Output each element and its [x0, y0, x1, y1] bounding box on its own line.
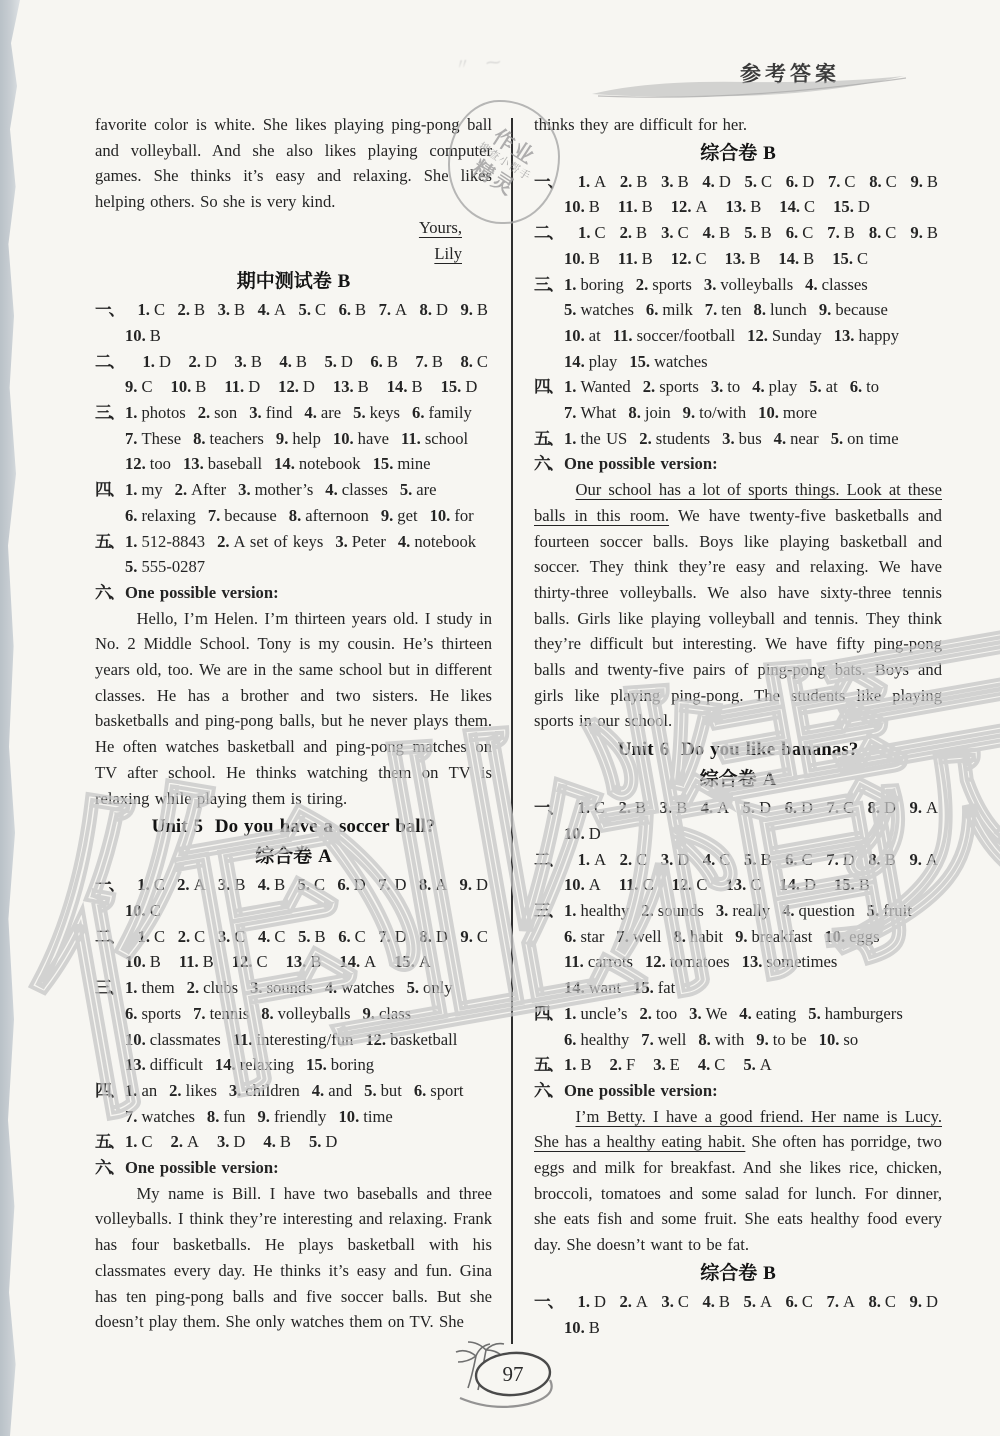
answer-item-value: 512-8843: [141, 532, 205, 551]
answer-item-number: 1.: [564, 901, 576, 920]
answer-item: 9.C: [460, 924, 488, 950]
answer-item-value: them: [141, 978, 174, 997]
answer-item: 5.A: [743, 1055, 771, 1074]
answer-item: 10.classmates: [125, 1030, 221, 1049]
answer-item-value: D: [248, 377, 260, 396]
answer-item-value: A: [194, 875, 206, 894]
answer-item: 14.relaxing: [215, 1055, 294, 1074]
answer-item-value: C: [843, 798, 854, 817]
answer-item: 14.D: [779, 875, 816, 894]
answer-item: 6.B: [370, 349, 398, 375]
answer-item-number: 7.: [616, 927, 628, 946]
answer-item-value: D: [159, 352, 171, 371]
answer-item: 4.play: [752, 377, 797, 396]
answer-line: 二、1.C2.C3.C4.C5.B6.C7.D8.D9.C: [95, 924, 492, 950]
answer-item-number: 6.: [786, 223, 798, 242]
answer-item-number: 3.: [722, 429, 734, 448]
answer-item-number: 10.: [333, 429, 354, 448]
answer-item-value: uncle’s: [580, 1004, 627, 1023]
answer-item: 15.boring: [306, 1055, 374, 1074]
answer-item-number: 8.: [460, 352, 472, 371]
answer-item-value: D: [858, 197, 870, 216]
answer-item-number: 5.: [743, 798, 755, 817]
answer-item-value: A: [364, 952, 376, 971]
answer-item-number: 9.: [909, 850, 921, 869]
answer-item-number: 5.: [744, 1292, 756, 1311]
answer-item-value: time: [363, 1107, 393, 1126]
answer-item-value: to/with: [699, 403, 746, 422]
answer-item: 3.children: [229, 1081, 300, 1100]
answer-item: 7.What: [564, 403, 616, 422]
answer-section-number: 一、: [534, 1289, 564, 1315]
answer-item-value: play: [589, 352, 618, 371]
answer-item: 14.want: [564, 978, 621, 997]
answer-item-number: 5.: [808, 1004, 820, 1023]
answer-item-value: afternoon: [305, 506, 369, 525]
answer-item-value: watches: [580, 300, 633, 319]
answer-item: 5.watches: [564, 300, 634, 319]
answer-item-value: to be: [773, 1030, 807, 1049]
answer-item-value: C: [234, 927, 245, 946]
answer-item: 2.likes: [169, 1081, 217, 1100]
answer-item-number: 11.: [618, 197, 638, 216]
answer-item: 4.C: [703, 847, 731, 873]
answer-item-value: A: [926, 798, 938, 817]
answer-item: 15.C: [832, 249, 868, 268]
answer-item-value: so: [843, 1030, 858, 1049]
answer-item-number: 2.: [198, 403, 210, 422]
answer-section-number: 四、: [95, 477, 125, 503]
answer-section-number: 六、: [95, 1155, 125, 1181]
answer-item-number: 3.: [218, 300, 230, 319]
answer-item: 6.D: [786, 169, 814, 195]
answer-item-value: watches: [341, 978, 394, 997]
answer-item-number: 6.: [564, 927, 576, 946]
answer-item-number: 1.: [125, 532, 137, 551]
answer-item-value: to: [727, 377, 740, 396]
answer-item: 8.lunch: [754, 300, 807, 319]
answer-item-number: 9.: [756, 1030, 768, 1049]
answer-item-value: C: [678, 1292, 689, 1311]
answer-item-value: These: [141, 429, 181, 448]
answer-item-number: 2.: [178, 300, 190, 319]
answer-item: 5.C: [299, 297, 327, 323]
answer-item: 3.D: [661, 847, 689, 873]
answer-item-number: 4.: [258, 300, 270, 319]
answer-item-number: 7.: [125, 1107, 137, 1126]
answer-section: 四、1.Wanted2.sports3.to4.play5.at6.to7.Wh…: [534, 374, 942, 425]
answer-item: 3.We: [689, 1004, 727, 1023]
answer-item-value: B: [761, 223, 772, 242]
possible-version-label: 六、One possible version:: [534, 1078, 942, 1104]
answer-item-value: find: [266, 403, 293, 422]
answer-item-number: 5.: [867, 901, 879, 920]
answer-item-value: C: [761, 172, 772, 191]
answer-item: 3.B: [218, 297, 246, 323]
answer-item-number: 7.: [705, 300, 717, 319]
answer-item: 4.are: [304, 403, 341, 422]
answer-item-number: 13.: [725, 875, 746, 894]
answer-item-number: 12.: [747, 326, 768, 345]
answer-item-value: A: [636, 1292, 648, 1311]
answer-item: 4.near: [774, 429, 819, 448]
answer-item-value: A: [695, 197, 707, 216]
answer-item: 1.C: [578, 220, 606, 246]
answer-item-number: 4.: [279, 352, 291, 371]
answer-item: 13.B: [333, 377, 369, 396]
answer-item-number: 12.: [671, 197, 692, 216]
answer-section-number: 四、: [534, 1001, 564, 1027]
answer-item: 1.512-8843: [125, 532, 205, 551]
answer-item: 5.555-0287: [125, 557, 205, 576]
answer-item-value: ten: [721, 300, 741, 319]
answer-item: 1.photos: [125, 403, 186, 422]
answer-item: 1.Wanted: [564, 377, 631, 396]
answer-item-value: B: [636, 172, 647, 191]
answer-item-number: 7.: [827, 223, 839, 242]
unit-heading: Unit 6 Do you like bananas?: [534, 736, 942, 764]
answer-item-number: 9.: [910, 1292, 922, 1311]
answer-item-value: only: [423, 978, 453, 997]
essay-paragraph: thinks they are difficult for her.: [534, 112, 942, 138]
answer-item: 8.afternoon: [289, 506, 369, 525]
answer-item-number: 4.: [774, 429, 786, 448]
answer-item: 5.B: [744, 847, 772, 873]
answer-item: 13.sometimes: [742, 952, 838, 971]
answer-item-number: 4.: [258, 875, 270, 894]
answer-item-number: 10.: [564, 326, 585, 345]
answer-item-number: 7.: [208, 506, 220, 525]
answer-item-number: 4.: [312, 1081, 324, 1100]
answer-item: 7.because: [208, 506, 277, 525]
answer-section: 三、1.healthy2.sounds3.really4.question5.f…: [534, 898, 942, 1001]
answer-line: 三、1.boring2.sports3.volleyballs4.classes: [534, 272, 942, 298]
answer-item-value: sport: [430, 1081, 463, 1100]
answer-item-number: 4.: [304, 403, 316, 422]
answer-item-number: 4.: [702, 172, 714, 191]
answer-item: 10.eggs: [824, 927, 879, 946]
answer-item-value: C: [477, 927, 488, 946]
answer-line: 三、1.photos2.son3.find4.are5.keys6.family: [95, 400, 492, 426]
answer-item-number: 3.: [250, 978, 262, 997]
answer-line: 一、1.D2.A3.C4.B5.A6.C7.A8.C9.D: [534, 1289, 942, 1315]
answer-item-value: B: [203, 952, 214, 971]
answer-item: 6.family: [412, 403, 472, 422]
answer-section: 五、1.B2.F3.E4.C5.A: [534, 1052, 942, 1078]
answer-item-value: have: [358, 429, 389, 448]
answer-item-value: D: [802, 172, 814, 191]
answer-item-value: D: [884, 798, 896, 817]
answer-item-number: 5.: [125, 557, 137, 576]
answer-item-value: D: [677, 850, 689, 869]
answer-item-value: C: [804, 197, 815, 216]
answer-item: 6.healthy: [564, 1030, 629, 1049]
answer-item-number: 13.: [333, 377, 354, 396]
answer-item: 10.B: [125, 952, 161, 971]
answer-item-value: B: [234, 875, 245, 894]
answer-section: 三、1.them2.clubs3.sounds4.watches5.only6.…: [95, 975, 492, 1078]
answer-section: 四、1.my2.After3.mother’s4.classes5.are6.r…: [95, 477, 492, 528]
answer-item-value: 555-0287: [141, 557, 205, 576]
answer-item-number: 3.: [704, 275, 716, 294]
answer-item: 10.B: [564, 197, 600, 216]
answer-item: 9.get: [381, 506, 418, 525]
answer-item-number: 10.: [824, 927, 845, 946]
answer-item: 7.A: [827, 1289, 855, 1315]
header-swoosh-icon: [588, 72, 918, 106]
answer-item-value: the US: [580, 429, 627, 448]
answer-item: 4.question: [782, 901, 855, 920]
answer-item-number: 3.: [660, 798, 672, 817]
answer-item: 3.sounds: [250, 978, 313, 997]
answer-item: 12.C: [232, 952, 268, 971]
answer-item: 5.D: [309, 1132, 337, 1151]
answer-item: 4.watches: [325, 978, 395, 997]
answer-item-number: 8.: [628, 403, 640, 422]
answer-item-value: D: [476, 875, 488, 894]
answer-item-value: classmates: [150, 1030, 221, 1049]
answer-item-value: B: [580, 1055, 591, 1074]
answer-item-value: watches: [654, 352, 707, 371]
answer-item-value: C: [886, 172, 897, 191]
answer-item-number: 3.: [217, 1132, 229, 1151]
answer-item-number: 11.: [564, 952, 584, 971]
answer-item-value: C: [314, 875, 325, 894]
answer-item-value: are: [321, 403, 341, 422]
answer-item-number: 3.: [238, 480, 250, 499]
answer-item: 12.A: [671, 197, 708, 216]
answer-item-value: A: [187, 1132, 199, 1151]
essay-paragraph: favorite color is white. She likes playi…: [95, 112, 492, 215]
answer-item-number: 11.: [179, 952, 199, 971]
answer-item-number: 9.: [910, 798, 922, 817]
answer-item: 8.D: [420, 297, 448, 323]
answer-item-value: B: [315, 927, 326, 946]
answer-item-value: carrots: [588, 952, 633, 971]
answer-item-number: 10.: [564, 249, 585, 268]
answer-item-number: 2.: [610, 1055, 622, 1074]
answer-item-number: 3.: [249, 403, 261, 422]
answer-item: 1.C: [578, 795, 606, 821]
answer-item: 7.These: [125, 429, 181, 448]
answer-item: 10.have: [333, 429, 389, 448]
answer-item: 3.B: [234, 349, 262, 375]
answer-item-number: 5.: [364, 1081, 376, 1100]
answer-item: 5.at: [809, 377, 837, 396]
answer-item: 14.play: [564, 352, 617, 371]
answer-item-value: B: [274, 875, 285, 894]
answer-item-number: 5.: [564, 300, 576, 319]
answer-item-value: B: [150, 326, 161, 345]
answer-item-number: 3.: [218, 875, 230, 894]
answer-item-number: 9.: [910, 223, 922, 242]
answer-item: 12.C: [672, 875, 708, 894]
answer-item-number: 9.: [735, 927, 747, 946]
answer-item: 4.B: [263, 1132, 291, 1151]
answer-item: 3.find: [249, 403, 292, 422]
answer-item-number: 15.: [394, 952, 415, 971]
answer-item-number: 4.: [325, 480, 337, 499]
answer-item-number: 4.: [698, 1055, 710, 1074]
answer-item-number: 1.: [578, 1292, 590, 1311]
answer-item: 2.sports: [636, 275, 692, 294]
answer-item: 13.B: [286, 952, 322, 971]
answer-item: 6.star: [564, 927, 604, 946]
answer-item: 14.B: [778, 249, 814, 268]
answer-item: 14.A: [339, 952, 376, 971]
answer-section: 二、1.A2.C3.D4.C5.B6.C7.D8.B9.A10.A11.C12.…: [534, 847, 942, 898]
answer-item-value: C: [355, 927, 366, 946]
answer-item-number: 15.: [834, 875, 855, 894]
answer-item-number: 5.: [744, 223, 756, 242]
answer-item-value: mine: [397, 454, 430, 473]
answer-item-value: family: [428, 403, 471, 422]
answer-item-value: C: [274, 927, 285, 946]
answer-item: 1.D: [143, 349, 171, 375]
answer-item: 7.D: [378, 924, 406, 950]
answer-line: 10.B: [95, 323, 492, 349]
answer-item-number: 1.: [125, 1081, 137, 1100]
answer-item-value: join: [645, 403, 671, 422]
answer-item-number: 10.: [564, 197, 585, 216]
answer-line: 五、1.the US2.students3.bus4.near5.on time: [534, 426, 942, 452]
answer-item-value: We: [706, 1004, 728, 1023]
answer-item: 11.soccer/football: [613, 326, 735, 345]
answer-item-number: 9.: [276, 429, 288, 448]
answer-item-value: F: [626, 1055, 635, 1074]
answer-item: 2.A: [619, 1289, 647, 1315]
answer-item-value: teachers: [210, 429, 264, 448]
answer-item-number: 7.: [826, 850, 838, 869]
answer-line: 10.C: [95, 898, 492, 924]
answer-item-number: 6.: [850, 377, 862, 396]
answer-item-number: 14.: [339, 952, 360, 971]
answer-item: 5.only: [407, 978, 453, 997]
answer-item-value: B: [844, 223, 855, 242]
answer-item-value: son: [214, 403, 237, 422]
answer-item-value: After: [191, 480, 226, 499]
answer-item: 2.After: [175, 480, 226, 499]
answer-item: 12.Sunday: [747, 326, 822, 345]
answer-item-number: 7.: [378, 927, 390, 946]
answer-item-value: B: [635, 798, 646, 817]
answer-item: 1.healthy: [564, 901, 629, 920]
answer-item-value: lunch: [770, 300, 807, 319]
answer-item-value: sports: [652, 275, 692, 294]
answer-item-number: 10.: [564, 875, 585, 894]
possible-version-label: 六、One possible version:: [95, 580, 492, 606]
answer-item-number: 2.: [636, 275, 648, 294]
answer-item-value: more: [783, 403, 817, 422]
answer-item-value: B: [411, 377, 422, 396]
answer-item-number: 2.: [169, 1081, 181, 1100]
answer-item-number: 6.: [785, 850, 797, 869]
answer-item: 5.on time: [831, 429, 899, 448]
answer-item: 9.friendly: [257, 1107, 326, 1126]
answer-item-number: 9.: [125, 377, 137, 396]
answer-item-number: 3.: [229, 1081, 241, 1100]
answer-item: 9.to/with: [683, 403, 746, 422]
answer-item-number: 7.: [415, 352, 427, 371]
answer-item-number: 5.: [298, 927, 310, 946]
answer-item-value: B: [150, 952, 161, 971]
answer-item-value: question: [799, 901, 855, 920]
answer-item-number: 10.: [564, 1318, 585, 1337]
answer-item-number: 2.: [619, 1292, 631, 1311]
answer-item-value: milk: [662, 300, 692, 319]
answer-section: 一、1.A2.B3.B4.D5.C6.D7.C8.C9.B10.B11.B12.…: [534, 169, 942, 220]
answer-item-value: D: [436, 300, 448, 319]
answer-line: 10.classmates11.interesting/fun12.basket…: [95, 1027, 492, 1053]
answer-item-number: 13.: [834, 326, 855, 345]
footer-page-badge: 97: [438, 1336, 588, 1416]
answer-item: 14.notebook: [274, 454, 361, 473]
answer-item-number: 5.: [324, 352, 336, 371]
answer-item-number: 1.: [578, 223, 590, 242]
paragraph-text: Hello, I’m Helen. I’m thirteen years old…: [95, 609, 492, 808]
answer-item: 2.clubs: [187, 978, 238, 997]
answer-item: 10.C: [125, 901, 161, 920]
answer-item-number: 5.: [309, 1132, 321, 1151]
answer-item: 6.C: [338, 924, 366, 950]
answer-item-number: 5.: [298, 875, 310, 894]
answer-item-value: C: [714, 1055, 725, 1074]
answer-item-number: 7.: [125, 429, 137, 448]
answer-item-value: at: [826, 377, 838, 396]
answer-item-number: 1.: [125, 403, 137, 422]
answer-item: 7.watches: [125, 1107, 195, 1126]
answer-item-number: 4.: [325, 978, 337, 997]
answer-item-number: 10.: [564, 824, 585, 843]
answer-item: 7.tennis: [193, 1004, 249, 1023]
answer-item-value: C: [154, 300, 165, 319]
answer-item-value: A: [717, 798, 729, 817]
answer-item-number: 15.: [629, 352, 650, 371]
answer-item-value: D: [395, 927, 407, 946]
answer-item-value: B: [859, 875, 870, 894]
answer-item: 8.habit: [673, 927, 723, 946]
answer-item-value: star: [580, 927, 604, 946]
answer-item: 11.B: [618, 197, 653, 216]
answer-item-number: 5.: [400, 480, 412, 499]
answer-item: 5.hamburgers: [808, 1004, 903, 1023]
answer-item-number: 9.: [460, 300, 472, 319]
answer-item: 7.A: [379, 297, 407, 323]
answer-item: 7.D: [378, 872, 406, 898]
answer-item-value: children: [245, 1081, 299, 1100]
answer-item-number: 6.: [564, 1030, 576, 1049]
answer-item: 3.volleyballs: [704, 275, 793, 294]
answer-item-number: 3.: [661, 172, 673, 191]
answer-line: 11.carrots12.tomatoes13.sometimes: [534, 949, 942, 975]
answer-section: 四、1.an2.likes3.children4.and5.but6.sport…: [95, 1078, 492, 1129]
answer-section: 四、1.uncle’s2.too3.We4.eating5.hamburgers…: [534, 1001, 942, 1052]
answer-item-number: 8.: [207, 1107, 219, 1126]
answer-item-number: 2.: [217, 532, 229, 551]
answer-item: 3.D: [217, 1132, 245, 1151]
answer-item: 9.D: [910, 1289, 938, 1315]
stamp-text: 作业 搜查小帮手 精灵: [462, 120, 546, 204]
answer-item-number: 5.: [745, 172, 757, 191]
answer-item-value: D: [205, 352, 217, 371]
answer-item: 4.B: [258, 872, 286, 898]
answer-item-number: 4.: [739, 1004, 751, 1023]
answer-item-value: C: [141, 377, 152, 396]
answer-item-number: 9.: [257, 1107, 269, 1126]
answer-item-value: for: [454, 506, 473, 525]
answer-line: 6.sports7.tennis8.volleyballs9.class: [95, 1001, 492, 1027]
answer-section-number: 五、: [534, 1052, 564, 1078]
